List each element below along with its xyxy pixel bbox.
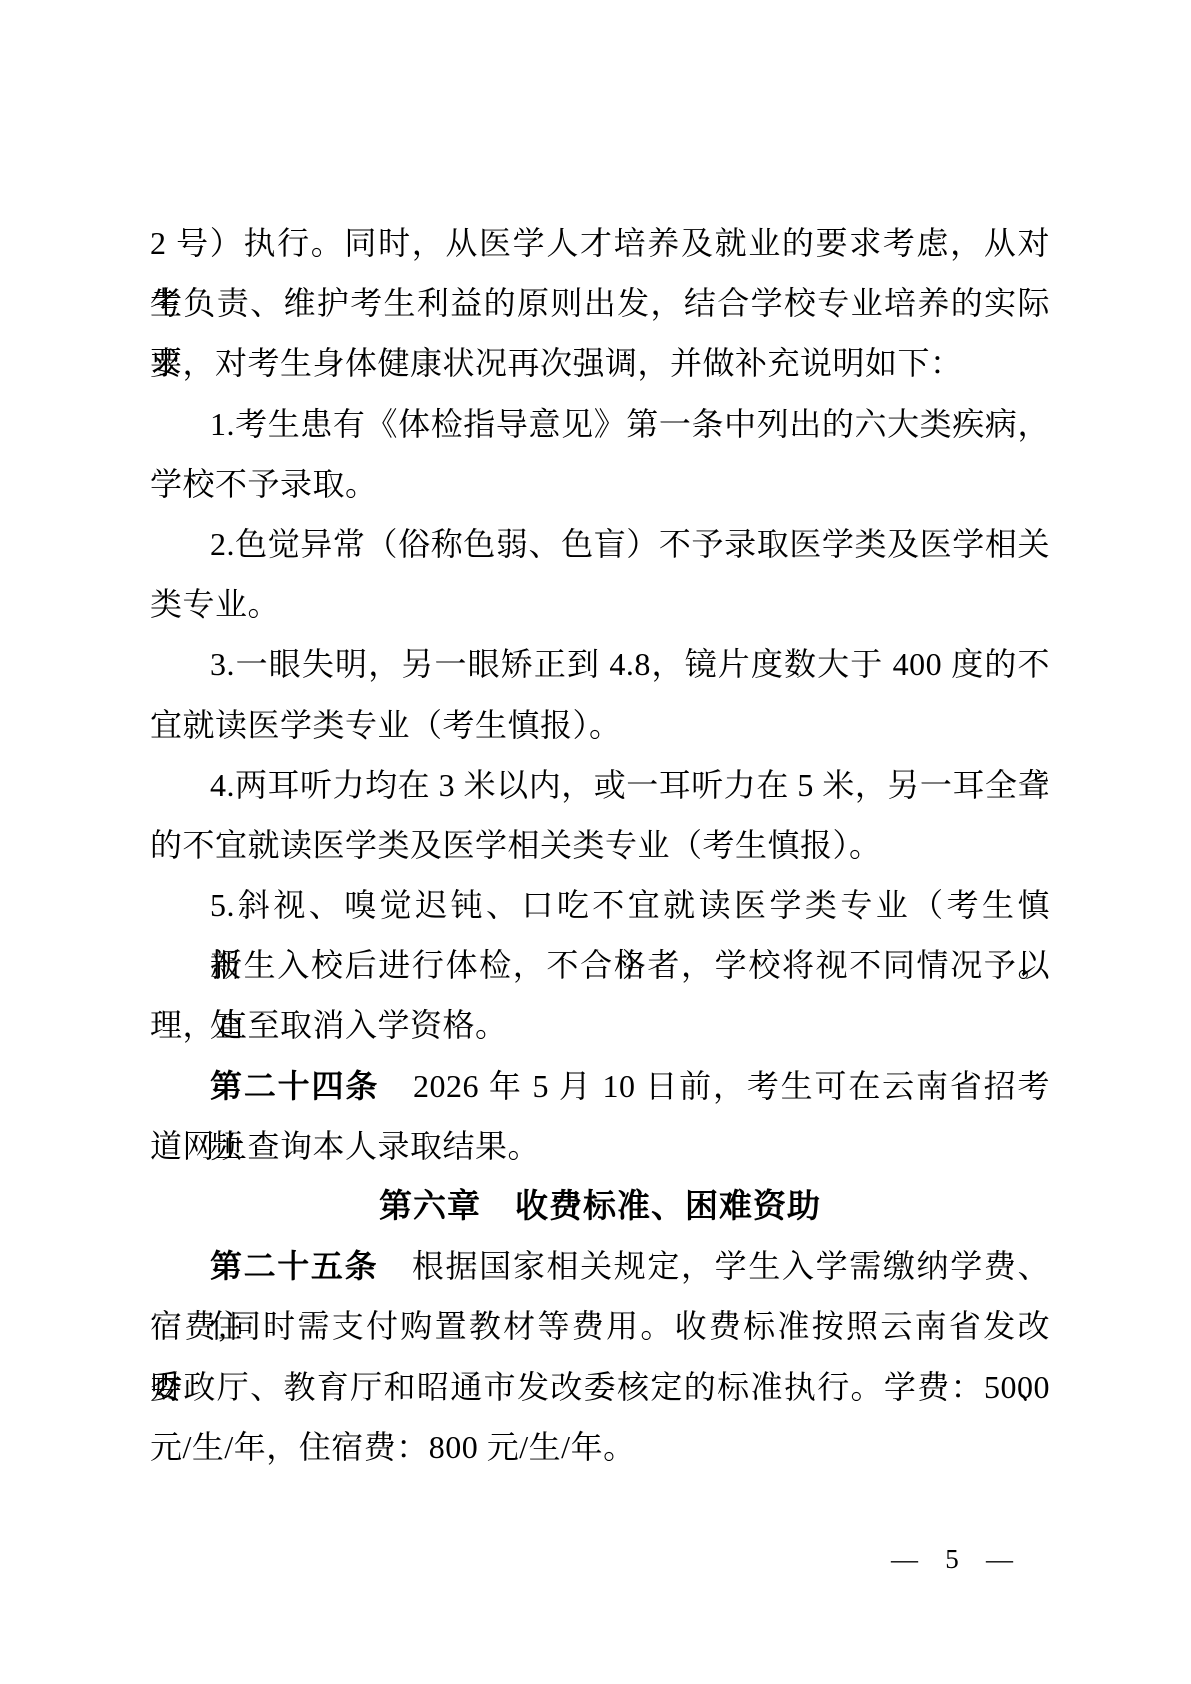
text-line: 类专业。 [150, 574, 1050, 634]
text-line: 生负责、维护考生利益的原则出发，结合学校专业培养的实际要 [150, 273, 1050, 333]
text-line: 宿费,同时需支付购置教材等费用。收费标准按照云南省发改委、 [150, 1296, 1050, 1356]
footer-dash-right: — [986, 1544, 1013, 1575]
text-line: 学校不予录取。 [150, 454, 1050, 514]
text-line: 的不宜就读医学类及医学相关类专业（考生慎报）。 [150, 815, 1050, 875]
text-line: 求，对考生身体健康状况再次强调，并做补充说明如下： [150, 333, 1050, 393]
page-footer: — 5 — [891, 1544, 1013, 1575]
text-line: 道网上查询本人录取结果。 [150, 1116, 1050, 1176]
article-number: 第二十四条 [210, 1068, 379, 1104]
footer-dash-left: — [891, 1544, 918, 1575]
text-line: 元/生/年，住宿费：800 元/生/年。 [150, 1417, 1050, 1477]
document-body: 2 号）执行。同时，从医学人才培养及就业的要求考虑，从对考生负责、维护考生利益的… [150, 213, 1050, 1477]
text-line: 财政厅、教育厅和昭通市发改委核定的标准执行。学费：5000 [150, 1357, 1050, 1417]
text-line: 1.考生患有《体检指导意见》第一条中列出的六大类疾病， [150, 394, 1050, 454]
text-line: 理，直至取消入学资格。 [150, 995, 1050, 1055]
document-page: 2 号）执行。同时，从医学人才培养及就业的要求考虑，从对考生负责、维护考生利益的… [0, 0, 1191, 1684]
text-line: 4.两耳听力均在 3 米以内，或一耳听力在 5 米，另一耳全聋 [150, 755, 1050, 815]
text-line: 第二十五条 根据国家相关规定，学生入学需缴纳学费、住 [150, 1236, 1050, 1296]
text-line: 3.一眼失明，另一眼矫正到 4.8，镜片度数大于 400 度的不 [150, 634, 1050, 694]
page-number: 5 [945, 1544, 959, 1575]
text-line: 2 号）执行。同时，从医学人才培养及就业的要求考虑，从对考 [150, 213, 1050, 273]
text-line: 2.色觉异常（俗称色弱、色盲）不予录取医学类及医学相关 [150, 514, 1050, 574]
text-line: 第二十四条 2026 年 5 月 10 日前，考生可在云南省招考频 [150, 1056, 1050, 1116]
article-number: 第二十五条 [210, 1248, 378, 1284]
text-line: 宜就读医学类专业（考生慎报）。 [150, 695, 1050, 755]
chapter-heading: 第六章 收费标准、困难资助 [150, 1176, 1050, 1236]
text-line: 新生入校后进行体检，不合格者，学校将视不同情况予以处 [150, 935, 1050, 995]
text-line: 5.斜视、嗅觉迟钝、口吃不宜就读医学类专业（考生慎报）。 [150, 875, 1050, 935]
